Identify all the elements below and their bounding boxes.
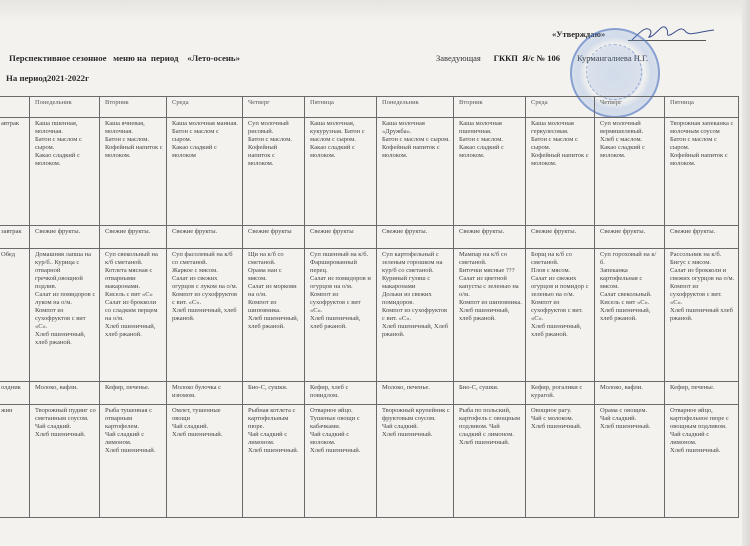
column-header-tuesday: Вторник: [100, 97, 167, 118]
menu-cell: Рыба тушенная с отварным картофелем. Чай…: [100, 405, 167, 518]
menu-cell: Суп картофельный с зеленым горошком на к…: [377, 249, 454, 382]
menu-cell: Суп молочный рисовый. Батон с маслом. Ко…: [243, 118, 305, 226]
menu-cell: Молоко, вафли.: [30, 382, 100, 405]
menu-cell: Каша молочная, кукурузная. Батон с масло…: [305, 118, 377, 226]
meal-label: Обед: [0, 249, 30, 382]
head-name: Курмангалиева Н.Г.: [577, 53, 648, 63]
menu-cell: Суп гороховый на к/б. Запеканка картофел…: [595, 249, 665, 382]
menu-cell: Каша ячневая, молочная. Батон с маслом. …: [100, 118, 167, 226]
menu-cell: Отварное яйцо. Тушеные овощи с кабачками…: [305, 405, 377, 518]
table-row-second-breakfast: завтракСвежие фрукты.Свежие фрукты.Свежи…: [0, 226, 739, 249]
menu-cell: Отварное яйцо, картофельное пюре с овощн…: [665, 405, 739, 518]
document-title: Перспективное сезонное меню на период «Л…: [9, 53, 240, 63]
menu-cell: Молоко, печенье.: [377, 382, 454, 405]
menu-cell: Каша молочная манная. Батон с маслом с с…: [167, 118, 243, 226]
table-row-lunch: ОбедДомашняя лапша на кур/б.. Курица с о…: [0, 249, 739, 382]
table-row-dinner: жинТворожный пудинг со сметанным соусом.…: [0, 405, 739, 518]
header-row: Понедельник Вторник Среда Четверг Пятниц…: [0, 97, 739, 118]
menu-cell: Молоко, вафли.: [595, 382, 665, 405]
menu-cell: Овощное рагу. Чай с молоком. Хлеб пшенич…: [526, 405, 595, 518]
period-label: На период2021-2022г: [6, 73, 89, 83]
menu-cell: Мампар на к/б со сметаной. Биточки мясны…: [454, 249, 526, 382]
column-header-wednesday: Среда: [167, 97, 243, 118]
column-header-thursday-2: Четверг: [595, 97, 665, 118]
menu-cell: Био-С, сушки.: [454, 382, 526, 405]
menu-cell: Творожный пудинг со сметанным соусом. Ча…: [30, 405, 100, 518]
menu-cell: Суп молочный вермишелевый. Хлеб с маслом…: [595, 118, 665, 226]
column-header-friday: Пятница: [305, 97, 377, 118]
menu-cell: Рыба по польский, картофель с овощным по…: [454, 405, 526, 518]
scan-edge-right: [742, 0, 750, 546]
meal-label: жин: [0, 405, 30, 518]
column-header-tuesday-2: Вторник: [454, 97, 526, 118]
menu-cell: Свежие фрукты.: [454, 226, 526, 249]
column-header-thursday: Четверг: [243, 97, 305, 118]
scan-edge: [0, 0, 750, 22]
meal-label: олдник: [0, 382, 30, 405]
menu-cell: Щи на к/б со сметаной. Орама нан с мясом…: [243, 249, 305, 382]
meal-label: автрак: [0, 118, 30, 226]
column-header-wednesday-2: Среда: [526, 97, 595, 118]
meal-label: завтрак: [0, 226, 30, 249]
menu-cell: Орама с овощем. Чай сладкий. Хлеб пшенич…: [595, 405, 665, 518]
position-label: Заведующая: [436, 53, 481, 63]
table-row-breakfast: автракКаша пшенная, молочная. Батон с ма…: [0, 118, 739, 226]
menu-cell: Свежие фрукты.: [167, 226, 243, 249]
menu-cell: Рассольник на к/б. Бигус с мясом. Салат …: [665, 249, 739, 382]
organization-name: ГККП Я/с № 106: [494, 53, 560, 63]
table-row-afternoon-snack: олдникМолоко, вафли.Кефир, печенье.Молок…: [0, 382, 739, 405]
menu-cell: Творожная запеканка с молочным соусом Ба…: [665, 118, 739, 226]
menu-cell: Рыбная котлета с картофельным пюре. Чай …: [243, 405, 305, 518]
menu-cell: Каша молочная «Дружба». Батон с маслом с…: [377, 118, 454, 226]
menu-cell: Борщ на к/б со сметаной. Плов с мясом. С…: [526, 249, 595, 382]
column-header-monday: Понедельник: [30, 97, 100, 118]
menu-cell: Каша молочная геркулесовая. Батон с масл…: [526, 118, 595, 226]
column-header: [0, 97, 30, 118]
menu-cell: Каша молочная пшеничная. Батон с маслом.…: [454, 118, 526, 226]
menu-cell: Свежие фрукты: [243, 226, 305, 249]
menu-cell: Свежие фрукты.: [526, 226, 595, 249]
menu-cell: Суп свекольный на к/б сметаной. Котлета …: [100, 249, 167, 382]
menu-cell: Био-С, сушки.: [243, 382, 305, 405]
menu-cell: Свежие фрукты.: [665, 226, 739, 249]
menu-cell: Суп пшенный на к/б. Фаршированный перец.…: [305, 249, 377, 382]
menu-cell: Свежие фрукты.: [30, 226, 100, 249]
menu-cell: Творожный крупейник с фруктовым соусом. …: [377, 405, 454, 518]
menu-cell: Домашняя лапша на кур/б.. Курица с отвар…: [30, 249, 100, 382]
menu-cell: Суп фасолевый на к/б со сметаной. Жаркое…: [167, 249, 243, 382]
menu-cell: Кефир, печенье.: [100, 382, 167, 405]
approver-line: Заведующая ГККП Я/с № 106 Курмангалиева …: [436, 53, 648, 63]
menu-cell: Свежие фрукты: [305, 226, 377, 249]
menu-cell: Кефир, рогалики с курагой.: [526, 382, 595, 405]
menu-table: Понедельник Вторник Среда Четверг Пятниц…: [0, 96, 739, 518]
column-header-friday-2: Пятница: [665, 97, 739, 118]
menu-cell: Кефир, хлеб с повидлом.: [305, 382, 377, 405]
approval-label: «Утверждаю»: [552, 29, 605, 39]
menu-cell: Кефир, печенье.: [665, 382, 739, 405]
menu-cell: Каша пшенная, молочная. Батон с маслом с…: [30, 118, 100, 226]
menu-cell: Свежие фрукты.: [377, 226, 454, 249]
menu-cell: Молоко булочка с изюмом.: [167, 382, 243, 405]
menu-cell: Свежие фрукты.: [100, 226, 167, 249]
column-header-monday-2: Понедельник: [377, 97, 454, 118]
signature-line: [628, 40, 706, 41]
menu-cell: Свежие фрукты.: [595, 226, 665, 249]
menu-cell: Омлет, тушенные овощи Чай сладкий. Хлеб …: [167, 405, 243, 518]
